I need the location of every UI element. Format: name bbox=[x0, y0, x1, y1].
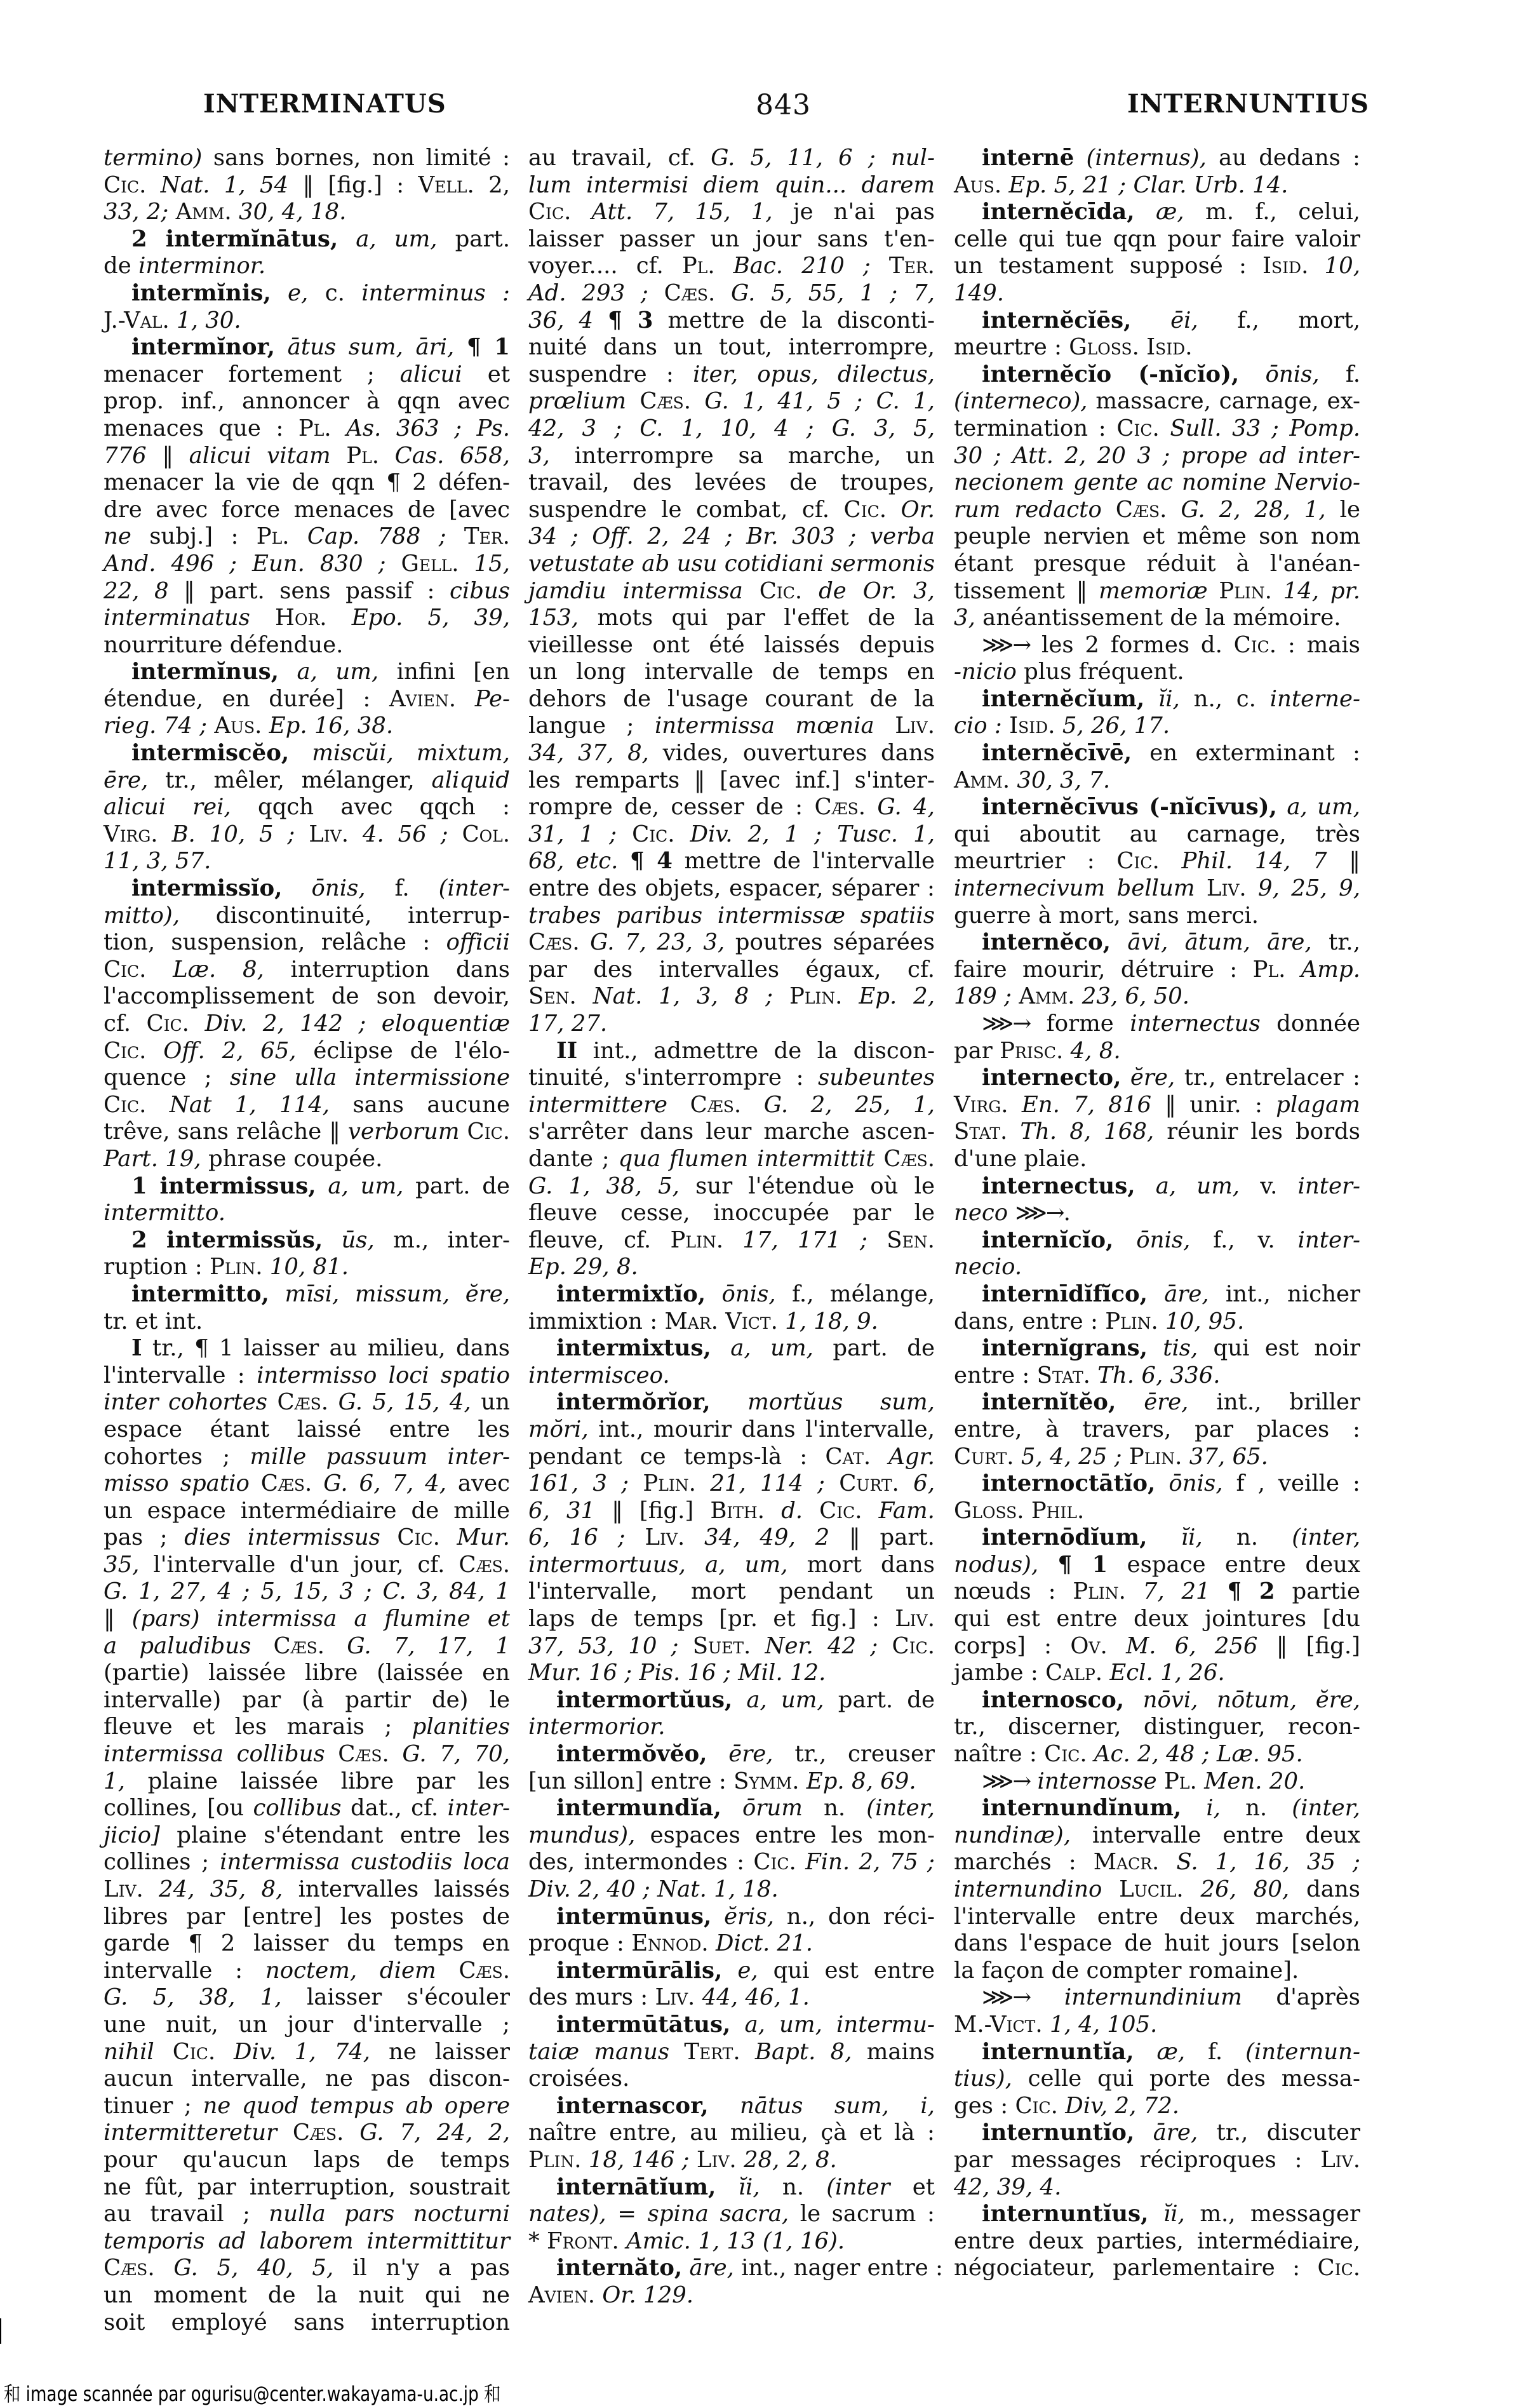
text-line: jamdiu intermissa Cic. de Or. 3, bbox=[528, 578, 935, 605]
text-line: tius), celle qui porte des messa- bbox=[954, 2066, 1360, 2093]
headword: intermŏrĭor, bbox=[556, 1389, 711, 1415]
text-run: Cæs. bbox=[277, 1389, 328, 1415]
text-run: G. 7, 17, 1 bbox=[347, 1633, 510, 1659]
text-run: qqch avec qqch : bbox=[258, 794, 510, 820]
text-run: intermisso loci spatio bbox=[257, 1362, 510, 1388]
text-line: ⋙→ les 2 formes d. Cic. : mais bbox=[954, 632, 1360, 659]
text-run: 10, 95. bbox=[1165, 1308, 1244, 1334]
text-run: tr., ¶ 1 laisser au milieu, dans bbox=[152, 1335, 510, 1361]
text-line: internōdĭum, ĭi, n. (inter, bbox=[954, 1524, 1360, 1552]
text-run: (inter bbox=[826, 2174, 890, 2200]
headword: internăto, bbox=[556, 2255, 682, 2281]
text-line: meurtrier : Cic. Phil. 14, 7 ‖ bbox=[954, 848, 1360, 875]
text-line: internăto, āre, int., nager entre : bbox=[528, 2255, 935, 2282]
text-line: internectus, a, um, v. inter- bbox=[954, 1173, 1360, 1200]
text-line: des murs : Liv. 44, 46, 1. bbox=[528, 1984, 935, 2012]
scan-edge-artifact bbox=[0, 2318, 1, 2344]
text-run: vetustate ab usu cotidiani sermonis bbox=[528, 551, 935, 577]
text-run: qui est entre deux jointures [du bbox=[954, 1606, 1360, 1632]
text-run: par des intervalles égaux, cf. bbox=[528, 957, 935, 983]
headword: internuntĭo, bbox=[982, 2120, 1134, 2146]
text-run: je n'ai pas bbox=[793, 199, 935, 225]
text-run: Macr. bbox=[1094, 1849, 1160, 1875]
text-run: quence ; bbox=[104, 1065, 212, 1091]
text-line: trabes paribus intermissæ spatiis bbox=[528, 903, 935, 930]
text-run: part. de bbox=[838, 1687, 935, 1713]
text-run: m., inter- bbox=[393, 1227, 510, 1253]
text-line: Cic. Off. 2, 65, éclipse de l'élo- bbox=[104, 1038, 510, 1065]
text-run: Ennod. bbox=[631, 1930, 709, 1956]
text-run: part. de bbox=[833, 1335, 935, 1361]
text-run: G. 7, 24, 2, bbox=[359, 2120, 510, 2146]
text-run: faire mourir, détruire : bbox=[954, 957, 1237, 983]
text-run: mort dans bbox=[807, 1552, 935, 1578]
text-run: M. 6, 256 bbox=[1126, 1633, 1258, 1659]
text-run: 44, 46, 1. bbox=[702, 1984, 810, 2010]
text-line: internecivum bellum Liv. 9, 25, 9, bbox=[954, 875, 1360, 903]
text-run: Amm. bbox=[176, 199, 232, 225]
text-run: tius), bbox=[954, 2066, 1012, 2092]
text-run: infini [en bbox=[397, 659, 510, 685]
text-run: mitto), bbox=[104, 903, 180, 929]
text-run: int., nicher bbox=[1226, 1281, 1360, 1307]
text-run: intervalle : bbox=[104, 1958, 243, 1984]
text-line: jambe : Calp. Ecl. 1, 26. bbox=[954, 1660, 1360, 1687]
text-run: 30, 4, 18. bbox=[239, 199, 346, 225]
text-run: Cæs. bbox=[459, 1958, 510, 1984]
text-run: mille passuum inter- bbox=[250, 1444, 510, 1470]
text-run: fleuve cesse, inoccupée par le bbox=[528, 1200, 935, 1226]
text-line: un espace intermédiaire de mille bbox=[104, 1498, 510, 1525]
text-line: internīdĭfĭco, āre, int., nicher bbox=[954, 1281, 1360, 1308]
text-run: = bbox=[617, 2201, 636, 2227]
text-line: Cæs. G. 7, 23, 3, poutres séparées bbox=[528, 929, 935, 957]
text-run: le bbox=[1340, 497, 1360, 523]
text-run: dans bbox=[1306, 1876, 1360, 1902]
text-run: ōnis, bbox=[1168, 1470, 1222, 1496]
text-run: 10, 81. bbox=[270, 1254, 349, 1280]
text-run: qui aboutit au carnage, très bbox=[954, 821, 1360, 847]
text-run: 22, 8 bbox=[104, 578, 169, 604]
text-run: 34 ; Off. 2, 24 ; Br. 303 ; verba bbox=[528, 523, 935, 549]
text-line: internascor, nātus sum, i, bbox=[528, 2093, 935, 2120]
text-run: Nat 1, 114, bbox=[170, 1092, 330, 1118]
text-line: [un sillon] entre : Symm. Ep. 8, 69. bbox=[528, 1768, 935, 1796]
text-run: intermisceo. bbox=[528, 1362, 670, 1388]
text-run: Hor. bbox=[275, 605, 327, 631]
text-run: Liv. bbox=[104, 1876, 144, 1902]
text-line: 6, 31 ‖ [fig.] Bith. d. Cic. Fam. bbox=[528, 1498, 935, 1525]
text-line: vieillesse ont été laissés depuis bbox=[528, 632, 935, 659]
text-run: miscŭi, mixtum, bbox=[312, 740, 510, 766]
headword: ¶ 2 bbox=[1227, 1578, 1275, 1604]
text-line: taiæ manus Tert. Bapt. 8, mains bbox=[528, 2039, 935, 2066]
text-line: négociateur, parlementaire : Cic. bbox=[954, 2255, 1360, 2282]
text-run: ‖ bbox=[104, 1606, 115, 1632]
running-head-left: INTERMINATUS bbox=[203, 89, 446, 119]
text-line: ges : Cic. Div, 2, 72. bbox=[954, 2093, 1360, 2120]
text-run: 1, bbox=[104, 1768, 125, 1794]
text-run: Ep. 16, 38. bbox=[269, 713, 393, 739]
text-line: nourriture défendue. bbox=[104, 632, 510, 659]
headword: 2 intermissŭs, bbox=[131, 1227, 323, 1253]
text-line: mŏri, int., mourir dans l'intervalle, bbox=[528, 1416, 935, 1444]
text-line: soit employé sans interruption bbox=[104, 2309, 510, 2337]
text-line: a paludibus Cæs. G. 7, 17, 1 bbox=[104, 1633, 510, 1660]
text-run: (inter, bbox=[1292, 1524, 1360, 1550]
text-run: Stat. bbox=[954, 1119, 1007, 1145]
text-run: subj.] : bbox=[149, 523, 238, 549]
text-run: ne fût, par interruption, soustrait bbox=[104, 2174, 510, 2200]
text-run: G. 5, 15, 4, bbox=[338, 1389, 471, 1415]
headword: intermŏvĕo, bbox=[556, 1741, 707, 1767]
text-run: nuité dans un tout, interrompre, bbox=[528, 334, 935, 360]
text-run: Cæs. bbox=[690, 1092, 742, 1118]
headword: II bbox=[556, 1038, 577, 1064]
text-run: marchés : bbox=[954, 1849, 1076, 1875]
text-run: Plin. bbox=[789, 983, 843, 1009]
text-run: interminatus bbox=[104, 605, 250, 631]
text-run: sur l'étendue où le bbox=[695, 1173, 935, 1199]
text-run: 1, 30. bbox=[177, 307, 241, 333]
text-run: alicui rei, bbox=[104, 794, 231, 820]
text-line: rum redacto Cæs. G. 2, 28, 1, le bbox=[954, 497, 1360, 524]
text-run: ‖ unir. : bbox=[1165, 1092, 1262, 1118]
text-line: intermortŭus, a, um, part. de bbox=[528, 1687, 935, 1714]
text-line: intermŏvĕo, ēre, tr., creuser bbox=[528, 1741, 935, 1768]
text-run: neco bbox=[954, 1200, 1008, 1226]
text-run: dans, entre : bbox=[954, 1308, 1098, 1334]
text-run: ‖ bbox=[1349, 848, 1360, 874]
text-run: ēre, bbox=[1144, 1389, 1188, 1415]
text-run: Virg. bbox=[104, 821, 158, 847]
text-line: Aus. Ep. 5, 21 ; Clar. Urb. 14. bbox=[954, 172, 1360, 199]
text-line: ne fût, par interruption, soustrait bbox=[104, 2174, 510, 2201]
text-run: int., mourir dans l'intervalle, bbox=[598, 1416, 935, 1442]
text-run: a, um, bbox=[328, 1173, 403, 1199]
text-run: Div, 2, 72. bbox=[1065, 2093, 1179, 2119]
text-run: En. 7, 816 bbox=[1022, 1092, 1151, 1118]
text-run: Or. bbox=[901, 497, 935, 523]
text-run: 33, 2; bbox=[104, 199, 168, 225]
dictionary-column-1: termino) sans bornes, non limité :Cic. N… bbox=[104, 145, 510, 2336]
text-run: en exterminant : bbox=[1149, 740, 1360, 766]
text-run: guerre à mort, sans merci. bbox=[954, 903, 1259, 929]
text-line: internoctātĭo, ōnis, f , veille : bbox=[954, 1470, 1360, 1498]
text-run: Liv. bbox=[309, 821, 349, 847]
text-line: prop. inf., annoncer à qqn avec bbox=[104, 388, 510, 415]
text-line: corps] : Ov. M. 6, 256 ‖ [fig.] bbox=[954, 1633, 1360, 1660]
text-run: ‖ [fig.] bbox=[1276, 1633, 1360, 1659]
text-line: intervalle : noctem, diem Cæs. bbox=[104, 1958, 510, 1985]
text-run: Pl. bbox=[1253, 957, 1286, 983]
text-line: intermūrālis, e, qui est entre bbox=[528, 1958, 935, 1985]
text-run: une nuit, un jour d'intervalle ; bbox=[104, 2012, 510, 2038]
text-run: a paludibus bbox=[104, 1633, 251, 1659]
headword: intermixtus, bbox=[556, 1335, 711, 1361]
text-run: : mais bbox=[1288, 632, 1360, 658]
text-run: Curt. bbox=[954, 1444, 1014, 1470]
text-run: nourriture défendue. bbox=[104, 632, 343, 658]
text-run: int., briller bbox=[1216, 1389, 1360, 1415]
text-run: tr., entrelacer : bbox=[1184, 1065, 1360, 1091]
text-run: a, um, bbox=[1287, 794, 1360, 820]
text-run: ōnis, bbox=[1136, 1227, 1190, 1253]
text-line: croisées. bbox=[528, 2066, 935, 2093]
text-line: l'intervalle entre deux marchés, bbox=[954, 1904, 1360, 1931]
text-run: nulla pars nocturni bbox=[269, 2201, 510, 2227]
text-line: dans, entre : Plin. 10, 95. bbox=[954, 1308, 1360, 1336]
text-line: 68, etc. ¶ 4 mettre de l'intervalle bbox=[528, 848, 935, 875]
headword: intermortŭus, bbox=[556, 1687, 732, 1713]
text-run: intervalles laissés bbox=[298, 1876, 510, 1902]
text-line: pendant ce temps-là : Cat. Agr. bbox=[528, 1444, 935, 1471]
text-run: Aus. bbox=[954, 172, 1001, 198]
text-run: (inter, bbox=[866, 1795, 935, 1821]
text-run: Plin. bbox=[643, 1470, 696, 1496]
headword: internīdĭfĭco, bbox=[982, 1281, 1148, 1307]
headword: internecto, bbox=[982, 1065, 1121, 1091]
text-run: S. 1, 16, 35 ; bbox=[1176, 1849, 1360, 1875]
text-run: 37, 53, 10 ; bbox=[528, 1633, 679, 1659]
text-line: ēre, tr., mêler, mélanger, aliquid bbox=[104, 767, 510, 795]
headword: intermissĭo, bbox=[131, 875, 283, 901]
text-run: Div. 2, 1 ; Tusc. 1, bbox=[690, 821, 935, 847]
headword: internĭcĭo, bbox=[982, 1227, 1113, 1253]
text-run: And. 496 ; Eun. 830 ; bbox=[104, 551, 386, 577]
text-run: āre, bbox=[1153, 2120, 1198, 2146]
text-run: 5, 26, 17. bbox=[1062, 713, 1170, 739]
text-line: Cic. Nat. 1, 54 ‖ [fig.] : Vell. 2, bbox=[104, 172, 510, 199]
text-run: Lucil. bbox=[1119, 1876, 1184, 1902]
text-run: mīsi, missum, ĕre, bbox=[285, 1281, 510, 1307]
text-run: au travail ; bbox=[104, 2201, 250, 2227]
text-run: G. 7, 70, bbox=[402, 1741, 510, 1767]
text-run: un long intervalle de temps en bbox=[528, 659, 935, 685]
text-line: 161, 3 ; Plin. 21, 114 ; Curt. 6, bbox=[528, 1470, 935, 1498]
text-run: 3, bbox=[954, 605, 975, 631]
text-run: noctem, diem bbox=[265, 1958, 436, 1984]
text-line: aucun intervalle, ne pas discon- bbox=[104, 2066, 510, 2093]
text-line: trêve, sans relâche ‖ verborum Cic. bbox=[104, 1119, 510, 1146]
text-line: espace étant laissé entre les bbox=[104, 1416, 510, 1444]
text-run: rieg. 74 ; bbox=[104, 713, 207, 739]
text-run: qua flumen intermittit bbox=[619, 1146, 875, 1172]
text-run: au dedans : bbox=[1219, 145, 1360, 171]
text-run: pour qu'aucun laps de temps bbox=[104, 2147, 510, 2173]
text-line: nuité dans un tout, interrompre, bbox=[528, 334, 935, 361]
text-line: nundinæ), intervalle entre deux bbox=[954, 1822, 1360, 1850]
text-run: l'intervalle d'un jour, cf. bbox=[153, 1552, 445, 1578]
text-line: Avien. Or. 129. bbox=[528, 2282, 935, 2309]
text-run: n. bbox=[782, 2174, 804, 2200]
headword: intermĭnor, bbox=[131, 334, 275, 360]
text-run: peuple nervien et même son nom bbox=[954, 523, 1360, 549]
text-run: ĭi, bbox=[739, 2174, 760, 2200]
text-run: Cic. bbox=[1116, 415, 1159, 441]
text-run: G. 5, 11, 6 ; nul- bbox=[711, 145, 935, 171]
text-line: de interminor. bbox=[104, 253, 510, 280]
text-run: Pl. bbox=[682, 253, 715, 279]
text-run: par messages réciproques : bbox=[954, 2147, 1302, 2173]
text-line: laps de temps [pr. et fig.] : Liv. bbox=[528, 1606, 935, 1633]
text-run: 7, 21 bbox=[1143, 1578, 1210, 1604]
text-run: 28, 2, 8. bbox=[744, 2147, 837, 2173]
text-line: une nuit, un jour d'intervalle ; bbox=[104, 2012, 510, 2039]
text-run: termination : bbox=[954, 415, 1106, 441]
text-run: dante ; bbox=[528, 1146, 610, 1172]
text-run: (internun- bbox=[1245, 2039, 1360, 2065]
text-run: Liv. bbox=[655, 1984, 695, 2010]
text-run: ‖ [fig.] : bbox=[302, 172, 404, 198]
text-run: tis, bbox=[1163, 1335, 1198, 1361]
text-run: 35, bbox=[104, 1552, 139, 1578]
text-line: 1, plaine laissée libre par les bbox=[104, 1768, 510, 1796]
headword: ¶ 1 bbox=[467, 334, 510, 360]
text-run: meurtrier : bbox=[954, 848, 1095, 874]
text-run: entre deux parties, intermédiaire, bbox=[954, 2228, 1360, 2254]
text-line: libres par [entre] les postes de bbox=[104, 1904, 510, 1931]
text-run: donnée bbox=[1276, 1011, 1360, 1037]
text-line: menacer la vie de qqn ¶ 2 défen- bbox=[104, 469, 510, 497]
text-line: intermissĭo, ōnis, f. (inter- bbox=[104, 875, 510, 903]
text-run: qui est entre bbox=[773, 1958, 935, 1984]
text-run: Ac. 2, 48 ; Læ. 95. bbox=[1094, 1741, 1303, 1767]
text-line: par messages réciproques : Liv. bbox=[954, 2147, 1360, 2174]
text-run: f., v. bbox=[1213, 1227, 1275, 1253]
text-run: n., don réci- bbox=[787, 1904, 935, 1930]
text-run: Ep. 2, bbox=[859, 983, 935, 1009]
text-run: Calp. bbox=[1045, 1660, 1102, 1686]
text-run: āvi, ātum, āre, bbox=[1127, 929, 1311, 955]
text-line: intervalle) par (à partir de) le bbox=[104, 1687, 510, 1714]
headword: internĕcĭum, bbox=[982, 686, 1144, 712]
text-line: un moment de la nuit qui ne bbox=[104, 2282, 510, 2309]
text-run: Cic. bbox=[753, 1849, 796, 1875]
text-run: entre : bbox=[954, 1362, 1029, 1388]
text-run: i, bbox=[1206, 1795, 1221, 1821]
text-run: d. bbox=[781, 1498, 803, 1524]
headword: intermiscĕo, bbox=[131, 740, 289, 766]
text-run: 1, 4, 105. bbox=[1050, 2012, 1157, 2038]
text-run: Avien. bbox=[389, 686, 456, 712]
text-run: mettre de l'intervalle bbox=[684, 848, 935, 874]
text-run: trêve, sans relâche ‖ bbox=[104, 1119, 340, 1145]
text-line: tinuité, s'interrompre : subeuntes bbox=[528, 1065, 935, 1092]
text-run: Plin. bbox=[1073, 1578, 1126, 1604]
text-run: tissement ‖ bbox=[954, 578, 1087, 604]
text-run: Ner. 42 ; bbox=[765, 1633, 878, 1659]
text-run: Bapt. 8, bbox=[755, 2039, 852, 2065]
text-line: étendue, en durée] : Avien. Pe- bbox=[104, 686, 510, 713]
text-run: Ecl. 1, 26. bbox=[1109, 1660, 1224, 1686]
text-run: entre des objets, espacer, séparer : bbox=[528, 875, 935, 901]
text-run: aliquid bbox=[431, 767, 510, 793]
text-run: planities bbox=[412, 1714, 510, 1740]
text-run: collines ; bbox=[104, 1849, 209, 1875]
text-run: nihil bbox=[104, 2039, 154, 2065]
text-run: G. 5, 55, 1 ; 7, bbox=[731, 280, 935, 306]
text-run: 6, 16 ; bbox=[528, 1524, 626, 1550]
text-run: G. 1, 41, 5 ; C. 1, bbox=[704, 388, 935, 414]
text-run: Ov. bbox=[1070, 1633, 1107, 1659]
text-run: Plin. bbox=[670, 1227, 723, 1253]
text-run: Cap. 788 ; bbox=[307, 523, 446, 549]
text-run: 6, 31 bbox=[528, 1498, 595, 1524]
text-line: 33, 2; Amm. 30, 4, 18. bbox=[104, 199, 510, 226]
text-run: Liv. bbox=[1207, 875, 1247, 901]
text-run: n. bbox=[824, 1795, 845, 1821]
text-line: lum intermisi diem quin... darem bbox=[528, 172, 935, 199]
text-run: 161, 3 ; bbox=[528, 1470, 629, 1496]
text-run: Pl. bbox=[257, 523, 290, 549]
text-run: ĭi, bbox=[1163, 2201, 1185, 2227]
text-run: interminor. bbox=[138, 253, 265, 279]
text-run: il n'y a pas bbox=[352, 2255, 510, 2281]
arrow-icon: ⋙→ bbox=[982, 1011, 1030, 1037]
page-number: 843 bbox=[756, 89, 811, 121]
text-run: (internus), bbox=[1087, 145, 1207, 171]
text-run: n. bbox=[1236, 1524, 1258, 1550]
text-run: Cic. bbox=[1318, 2255, 1360, 2281]
text-run: a, um, bbox=[730, 1335, 814, 1361]
text-run: laps de temps [pr. et fig.] : bbox=[528, 1606, 880, 1632]
text-run: sine ulla intermissione bbox=[230, 1065, 510, 1091]
text-line: 35, l'intervalle d'un jour, cf. Cæs. bbox=[104, 1552, 510, 1579]
text-line: intermĭnor, ātus sum, āri, ¶ 1 bbox=[104, 334, 510, 361]
text-line: And. 496 ; Eun. 830 ; Gell. 15, bbox=[104, 551, 510, 578]
text-run: Cic. bbox=[632, 821, 674, 847]
headword: internoctātĭo, bbox=[982, 1470, 1155, 1496]
text-line: Stat. Th. 8, 168, réunir les bords bbox=[954, 1119, 1360, 1146]
headword: internē bbox=[982, 145, 1074, 171]
text-line: pas ; dies intermissus Cic. Mur. bbox=[104, 1524, 510, 1552]
text-run: int., nager entre : bbox=[741, 2255, 943, 2281]
text-run: suspendre : bbox=[528, 361, 674, 387]
text-run: Plin. bbox=[210, 1254, 263, 1280]
text-line: langue ; intermissa mœnia Liv. bbox=[528, 713, 935, 740]
text-run: ēi, bbox=[1170, 307, 1198, 333]
text-run: Cic. bbox=[1234, 632, 1276, 658]
text-line: quence ; sine ulla intermissione bbox=[104, 1065, 510, 1092]
text-line: marchés : Macr. S. 1, 16, 35 ; bbox=[954, 1849, 1360, 1876]
text-run: G. 5, 38, 1, bbox=[104, 1984, 282, 2010]
text-run: suspendre le combat, cf. bbox=[528, 497, 829, 523]
text-run: 6, bbox=[913, 1470, 935, 1496]
text-line: l'accomplissement de son devoir, bbox=[104, 983, 510, 1011]
text-line: internātĭum, ĭi, n. (inter et bbox=[528, 2174, 935, 2201]
text-line: tinuer ; ne quod tempus ab opere bbox=[104, 2093, 510, 2120]
headword: internĭtĕo, bbox=[982, 1389, 1116, 1415]
text-run: 4, 8. bbox=[1071, 1038, 1121, 1064]
text-run: 776 bbox=[104, 443, 147, 469]
text-run: Cic. bbox=[892, 1633, 935, 1659]
text-line: ⋙→ internosse Pl. Men. 20. bbox=[954, 1768, 1360, 1796]
text-run: Ep. 29, 8. bbox=[528, 1254, 638, 1280]
text-line: intermortuus, a, um, mort dans bbox=[528, 1552, 935, 1579]
text-line: tr., discerner, distinguer, recon- bbox=[954, 1714, 1360, 1741]
text-run: Pl. bbox=[346, 443, 379, 469]
text-run: corps] : bbox=[954, 1633, 1052, 1659]
text-line: entre deux parties, intermédiaire, bbox=[954, 2228, 1360, 2255]
text-line: 153, mots qui par l'effet de la bbox=[528, 605, 935, 632]
text-run: 36, 4 bbox=[528, 307, 593, 333]
text-run: collines, [ou bbox=[104, 1795, 244, 1821]
headword: ¶ 4 bbox=[630, 848, 673, 874]
running-head-right: INTERNUNTIUS bbox=[1127, 89, 1369, 119]
text-run: mundus), bbox=[528, 1822, 635, 1848]
headword: intermĭnus, bbox=[131, 659, 279, 685]
